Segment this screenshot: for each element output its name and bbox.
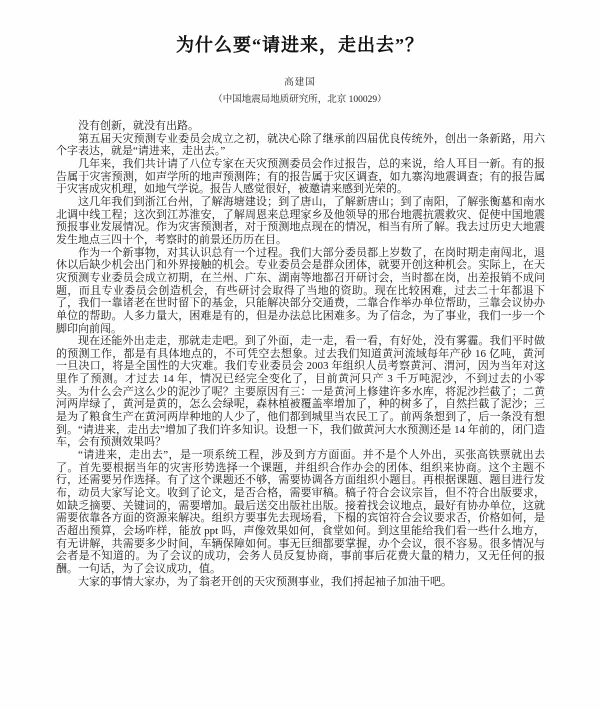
document-page: 为什么要“请进来，走出去”？ 高建国 （中国地震局地质研究所，北京 100029… bbox=[0, 0, 600, 710]
author-name: 高建国 bbox=[0, 74, 600, 88]
paragraph: 第五届天灾预测专业委员会成立之初，就决心除了继承前四届优良传统外，创出一条新路，… bbox=[56, 133, 545, 158]
paragraph: 作为一个新事物，对其认识总有一个过程。我们大部分委员都上岁数了，在岗时期走南闯北… bbox=[56, 247, 545, 336]
article-body: 没有创新，就没有出路。 第五届天灾预测专业委员会成立之初，就决心除了继承前四届优… bbox=[56, 120, 545, 588]
paragraph: 大家的事情大家办，为了翁老开创的天灾预测事业，我们捋起袖子加油干吧。 bbox=[56, 576, 545, 589]
paragraph: 这几年我们到浙江台州，了解海塘建设；到了唐山，了解新唐山；到了南阳，了解张衡墓和… bbox=[56, 196, 545, 247]
paragraph: 几年来，我们共计请了八位专家在天灾预测委员会作过报告，总的来说，给人耳目一新。有… bbox=[56, 158, 545, 196]
author-affiliation: （中国地震局地质研究所，北京 100029） bbox=[0, 91, 600, 105]
page-title: 为什么要“请进来，走出去”？ bbox=[0, 0, 600, 57]
paragraph: “请进来，走出去”，是一项系统工程，涉及到方方面面。并不是个人外出，买张高铁票就… bbox=[56, 449, 545, 576]
paragraph: 没有创新，就没有出路。 bbox=[56, 120, 545, 133]
paragraph: 现在还能外出走走，那就走走吧。到了外面，走一走，看一看，有好处，没有雾霾。我们平… bbox=[56, 335, 545, 449]
